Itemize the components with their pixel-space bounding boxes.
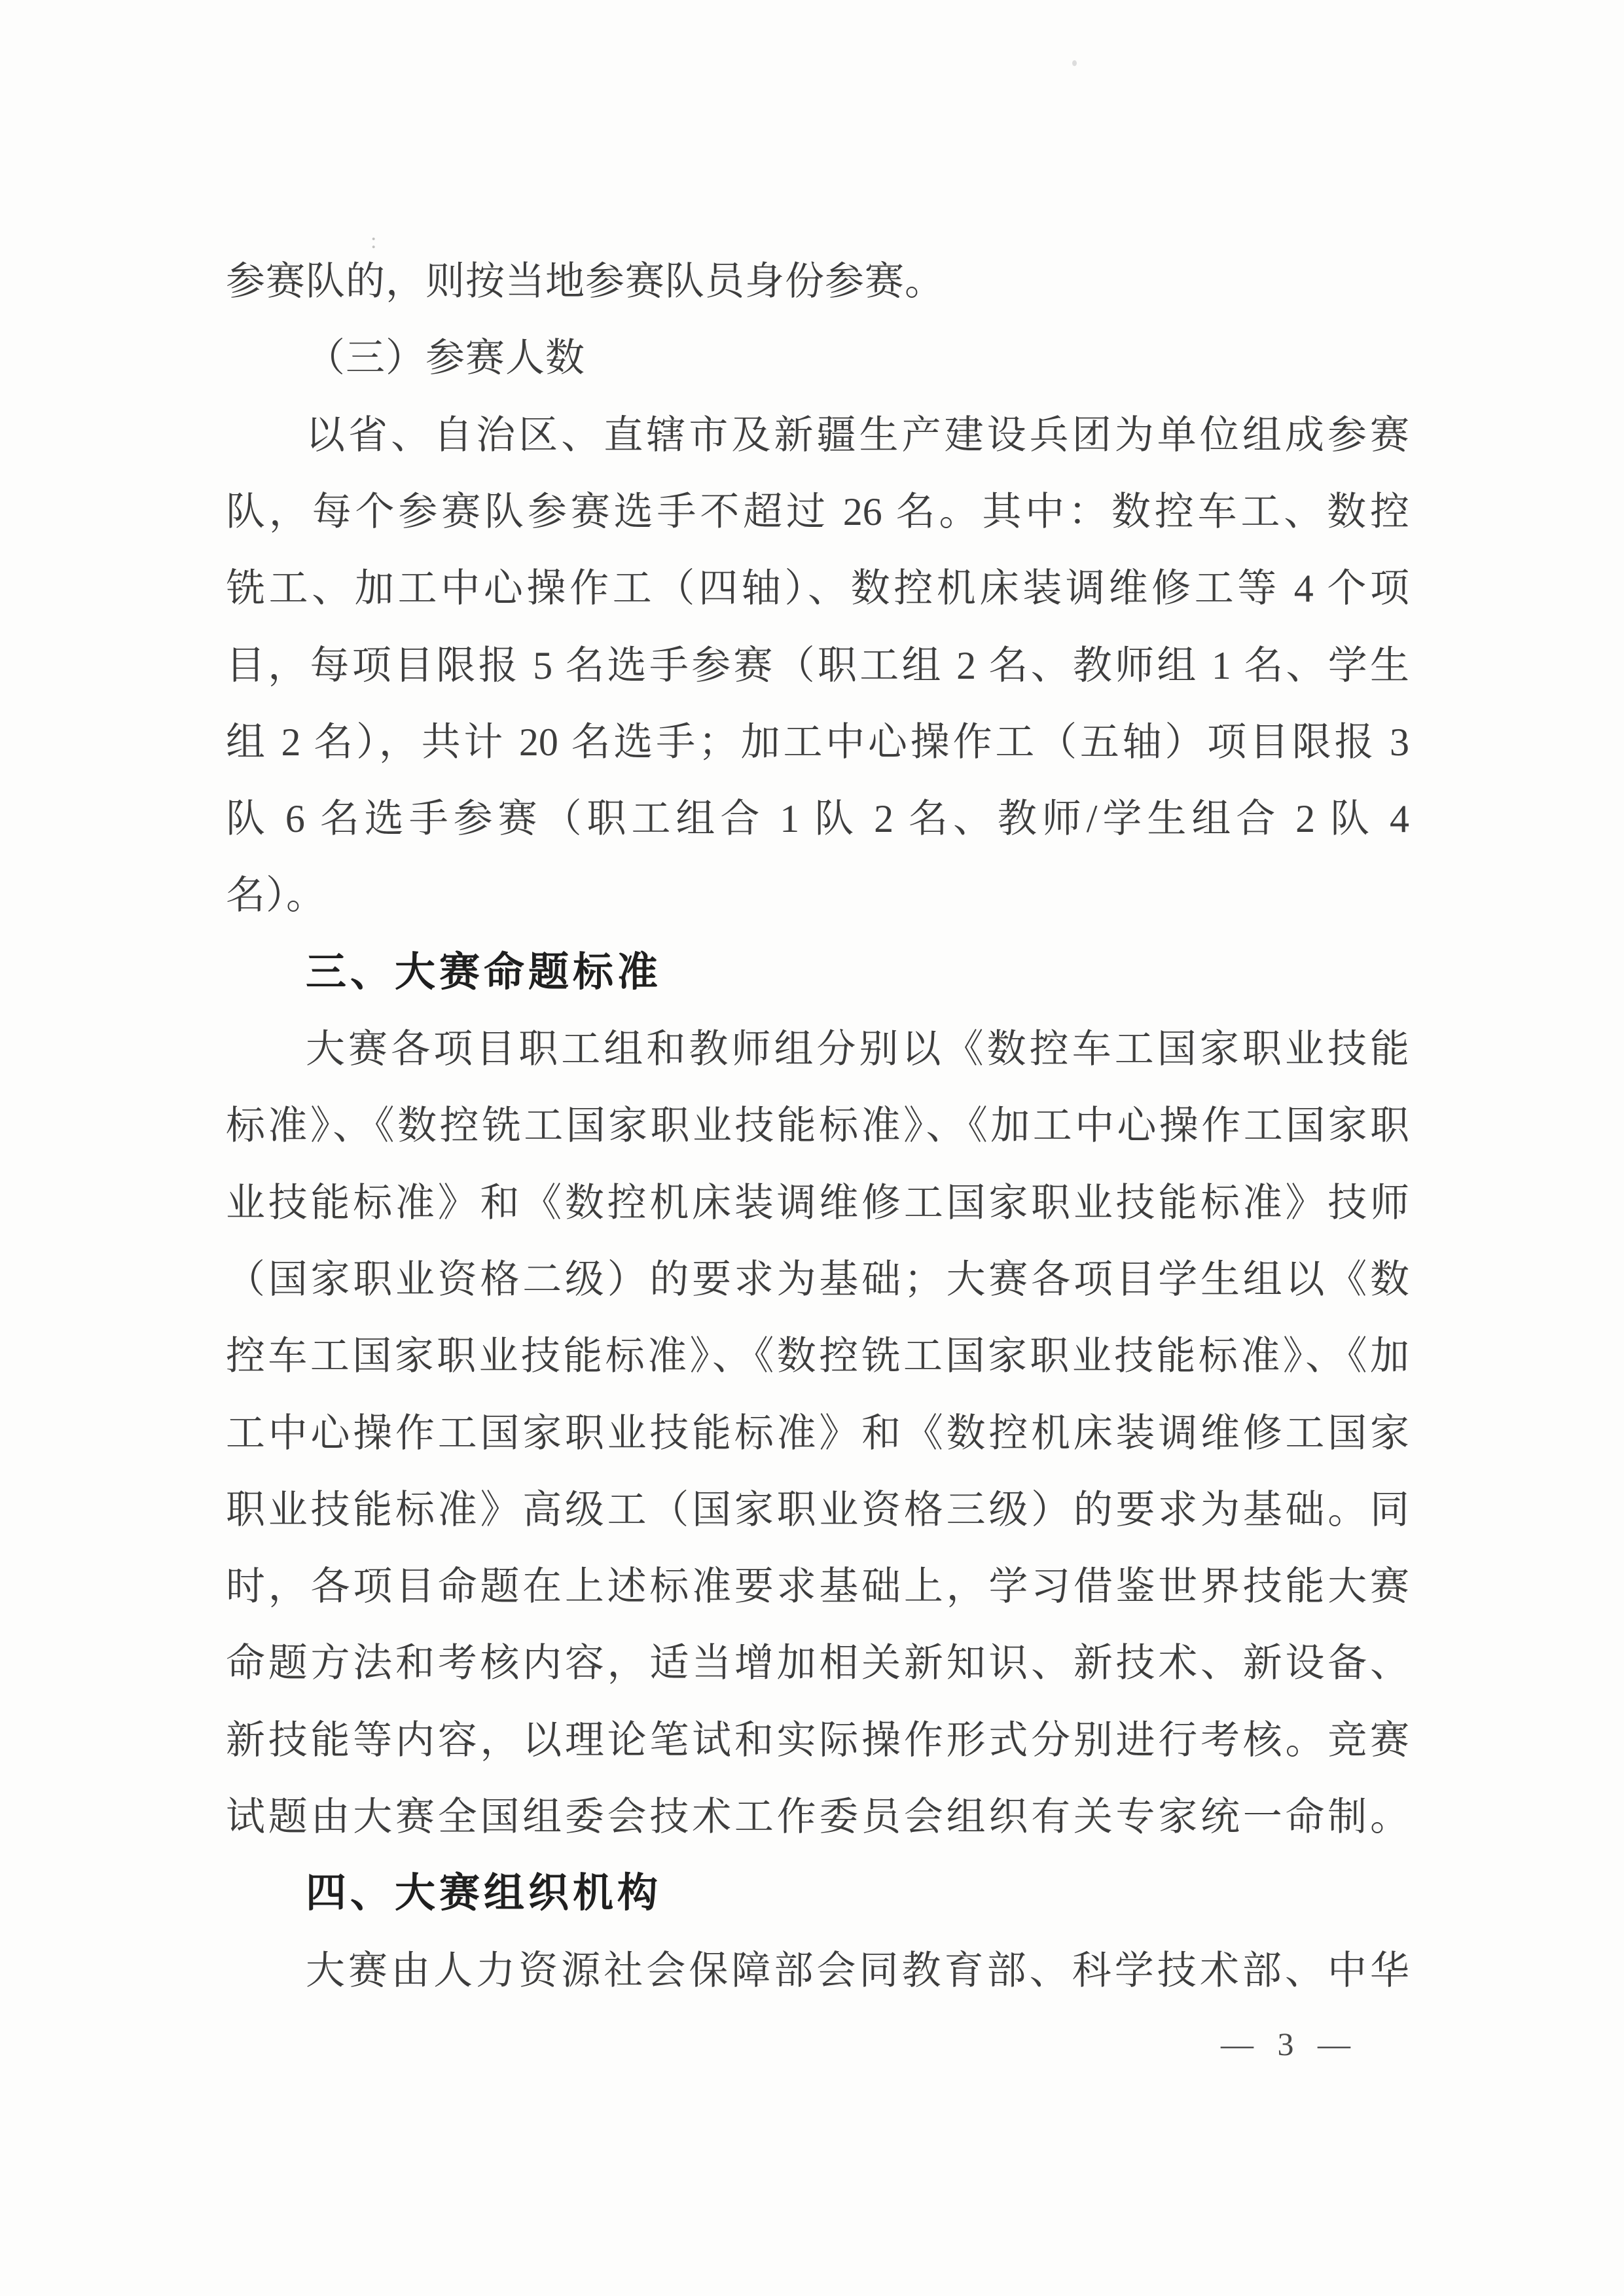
section-heading: 四、大赛组织机构 [226,1857,1409,1930]
text-line: 组 2 名），共计 20 名选手；加工中心操作工（五轴）项目限报 3 [226,706,1409,779]
section-heading: 三、大赛命题标准 [226,936,1409,1009]
sub-section-heading: （三）参赛人数 [226,321,1409,395]
text-line: 大赛由人力资源社会保障部会同教育部、科学技术部、中华 [226,1934,1409,2007]
document-page: : 参赛队的，则按当地参赛队员身份参赛。 （三）参赛人数 以省、自治区、直辖市及… [0,0,1624,2296]
text-line: 工中心操作工国家职业技能标准》和《数控机床装调维修工国家 [226,1397,1409,1470]
text-line: （国家职业资格二级）的要求为基础；大赛各项目学生组以《数 [226,1243,1409,1316]
text-line: 大赛各项目职工组和教师组分别以《数控车工国家职业技能 [226,1013,1409,1086]
text-line: 命题方法和考核内容，适当增加相关新知识、新技术、新设备、 [226,1626,1409,1700]
text-line: 队，每个参赛队参赛选手不超过 26 名。其中：数控车工、数控 [226,475,1409,548]
text-line: 队 6 名选手参赛（职工组合 1 队 2 名、教师/学生组合 2 队 4 [226,782,1409,855]
text-line: 新技能等内容，以理论笔试和实际操作形式分别进行考核。竞赛 [226,1704,1409,1777]
text-line: 以省、自治区、直辖市及新疆生产建设兵团为单位组成参赛 [226,399,1409,472]
scan-speck [1072,60,1077,66]
text-line: 名）。 [226,859,1409,932]
text-line: 试题由大赛全国组委会技术工作委员会组织有关专家统一命制。 [226,1780,1409,1854]
text-line: 职业技能标准》高级工（国家职业资格三级）的要求为基础。同 [226,1473,1409,1547]
text-line: 标准》、《数控铣工国家职业技能标准》、《加工中心操作工国家职 [226,1089,1409,1162]
page-number: — 3 — [1206,2015,1373,2073]
text-line: 控车工国家职业技能标准》、《数控铣工国家职业技能标准》、《加 [226,1319,1409,1393]
text-line: 业技能标准》和《数控机床装调维修工国家职业技能标准》技师 [226,1166,1409,1240]
text-line: 目，每项目限报 5 名选手参赛（职工组 2 名、教师组 1 名、学生 [226,629,1409,702]
text-line: 时，各项目命题在上述标准要求基础上，学习借鉴世界技能大赛 [226,1550,1409,1623]
text-line: 参赛队的，则按当地参赛队员身份参赛。 [226,245,1409,318]
text-line: 铣工、加工中心操作工（四轴）、数控机床装调维修工等 4 个项 [226,552,1409,625]
